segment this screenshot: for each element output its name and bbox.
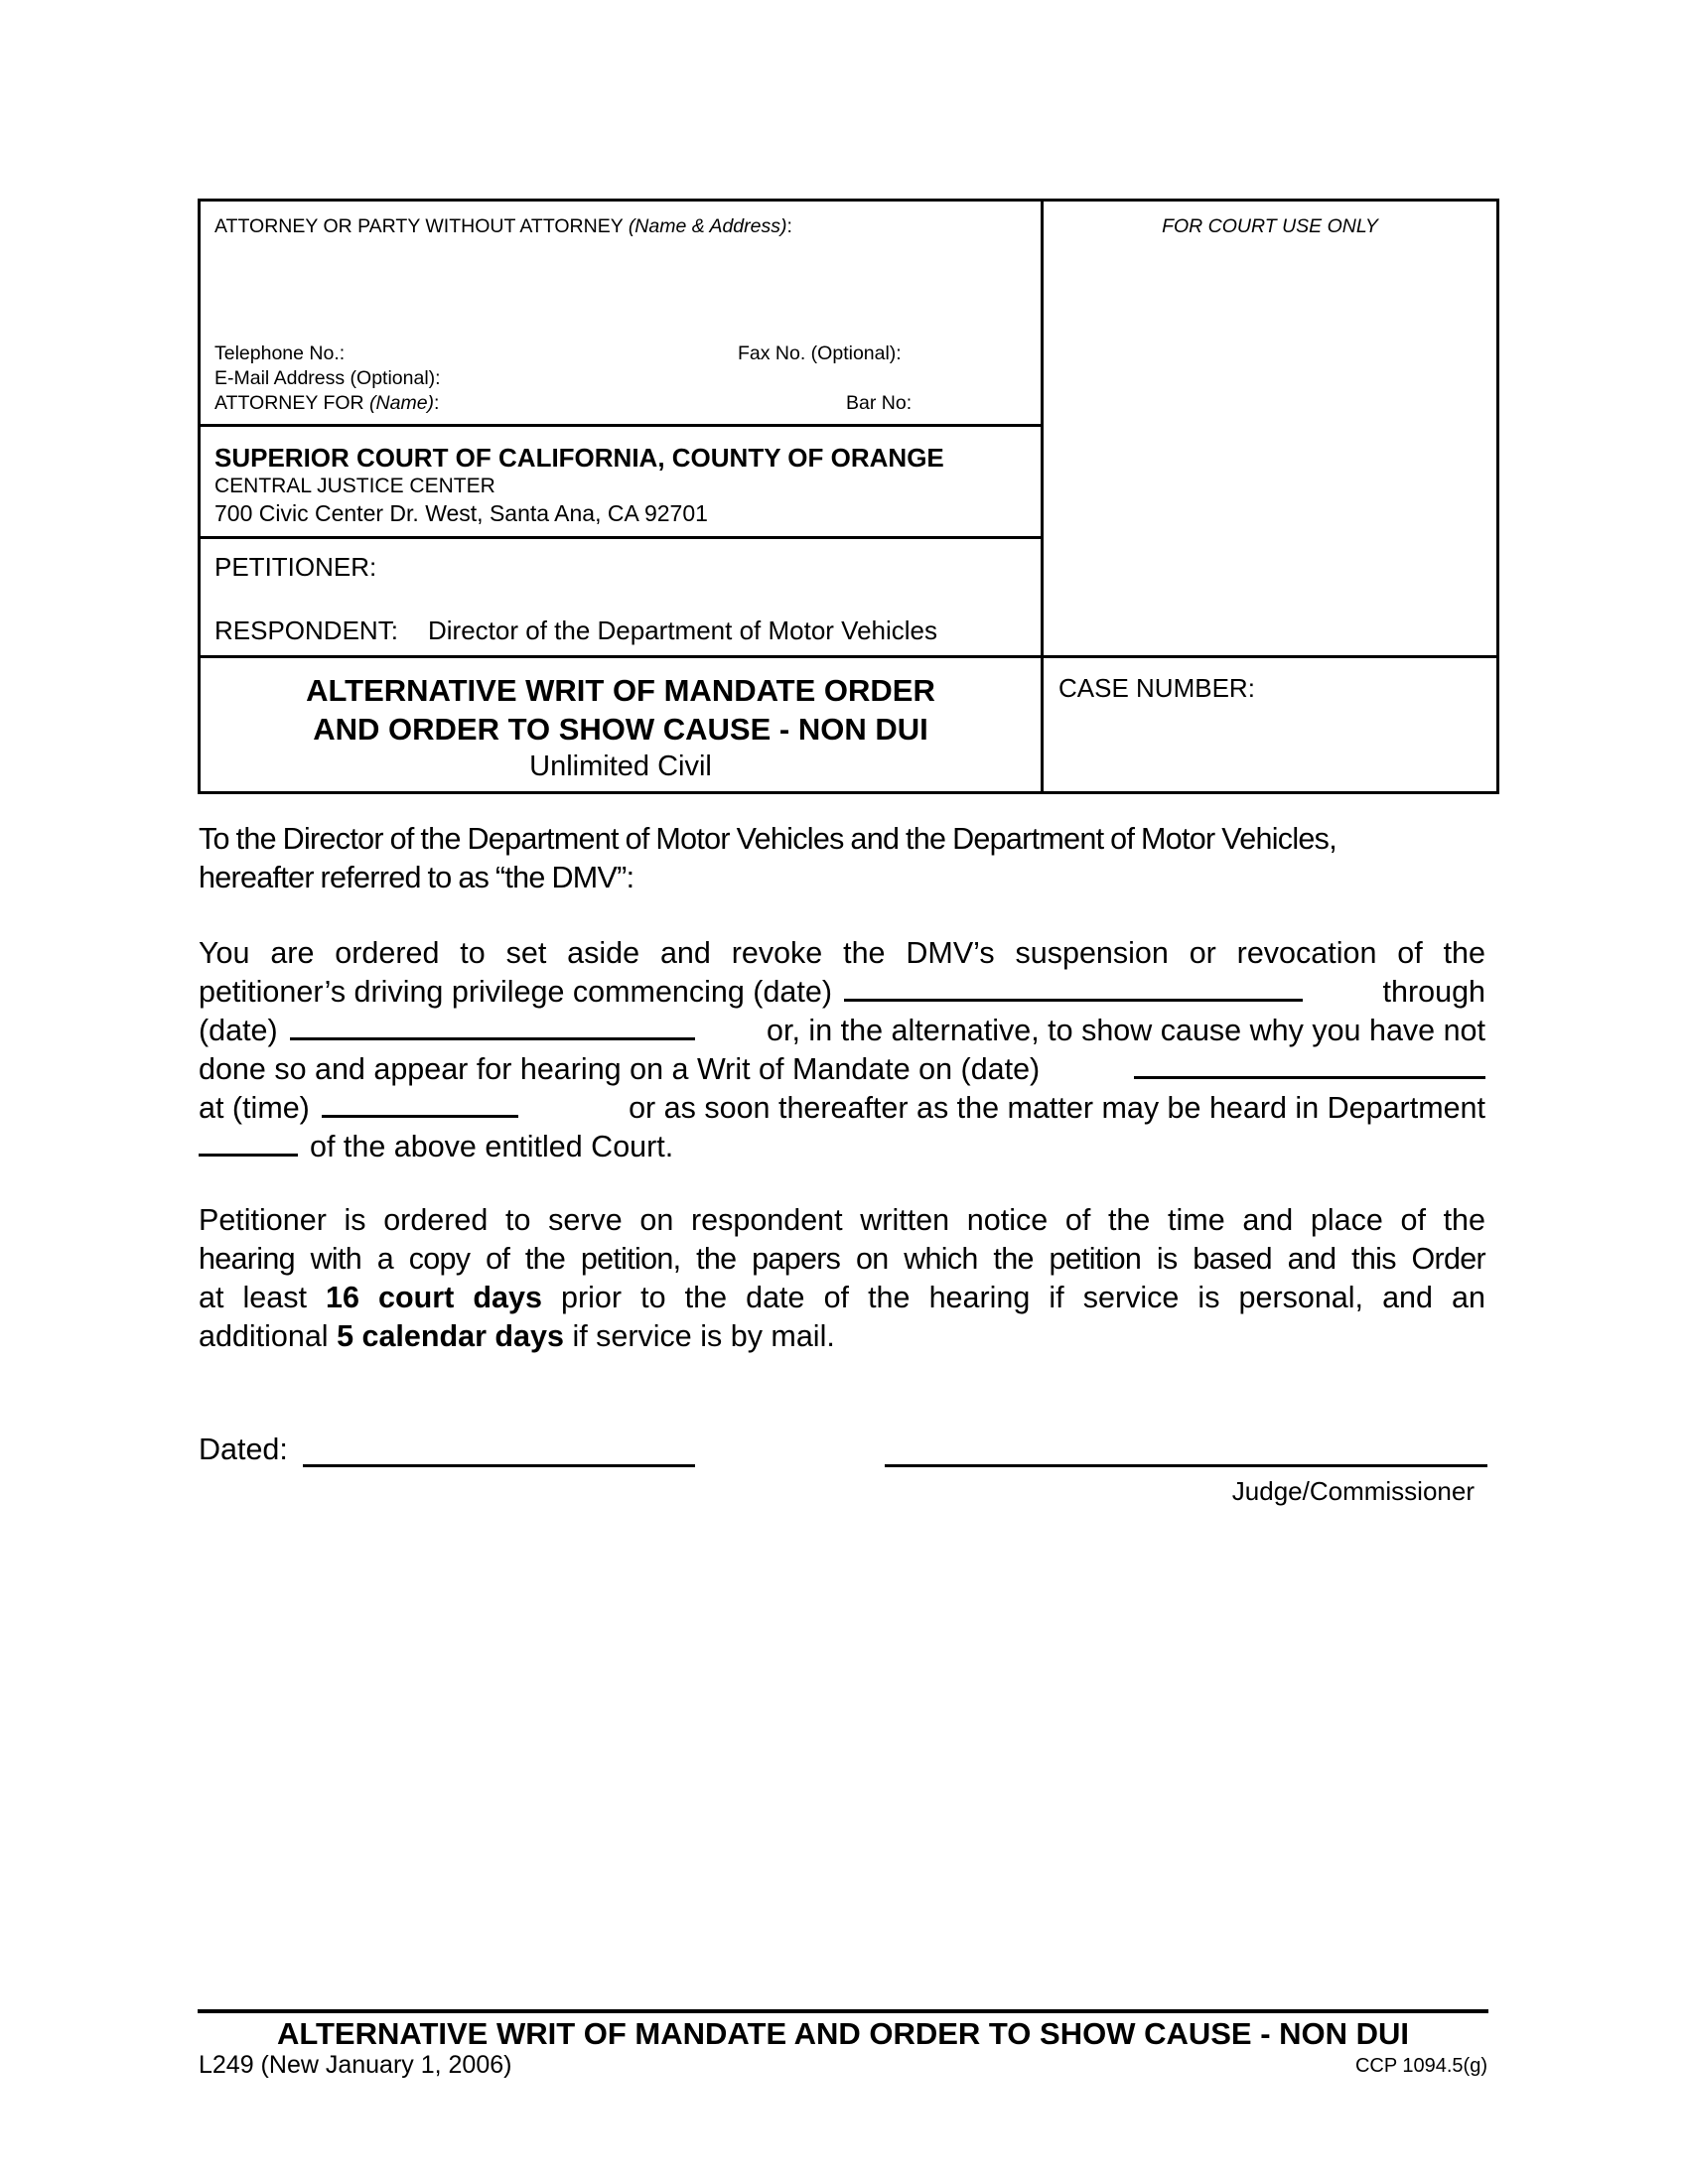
petitioner-field[interactable] <box>397 552 1033 582</box>
hearing-time-field[interactable] <box>322 1089 518 1118</box>
service-line4-post: if service is by mail. <box>572 1319 834 1353</box>
form-title: ALTERNATIVE WRIT OF MANDATE ORDER AND OR… <box>201 671 1041 784</box>
divider-attorney-court <box>198 424 1043 427</box>
commencing-date-field[interactable] <box>844 973 1303 1002</box>
order-line4-text: done so and appear for hearing on a Writ… <box>199 1050 1040 1089</box>
attorney-for-colon: : <box>434 392 439 414</box>
salutation-line1: To the Director of the Department of Mot… <box>199 820 1485 859</box>
dated-label: Dated: <box>199 1431 288 1469</box>
attorney-name-address-field[interactable] <box>214 244 1029 334</box>
form-title-line1: ALTERNATIVE WRIT OF MANDATE ORDER <box>201 671 1041 710</box>
order-line5-post: or as soon thereafter as the matter may … <box>629 1089 1485 1128</box>
caption-column-divider <box>1041 199 1044 794</box>
order-line1: You are ordered to set aside and revoke … <box>199 934 1485 973</box>
through-date-field[interactable] <box>290 1012 695 1040</box>
telephone-label: Telephone No.: <box>214 341 345 366</box>
dated-field[interactable] <box>303 1430 695 1463</box>
respondent-label: RESPONDENT: <box>214 615 398 645</box>
order-line4: done so and appear for hearing on a Writ… <box>199 1050 1485 1089</box>
attorney-for-text: ATTORNEY FOR <box>214 392 364 414</box>
order-line3-pre: (date) <box>199 1012 278 1050</box>
signature-line <box>885 1464 1487 1467</box>
judge-signature-field[interactable] <box>885 1420 1487 1463</box>
hearing-date-field[interactable] <box>1134 1050 1485 1079</box>
service-line4: additional 5 calendar days if service is… <box>199 1317 1485 1356</box>
court-address: 700 Civic Center Dr. West, Santa Ana, CA… <box>214 500 708 526</box>
attorney-label: ATTORNEY OR PARTY WITHOUT ATTORNEY (Name… <box>214 214 792 239</box>
order-line5-pre: at (time) <box>199 1089 310 1128</box>
court-name: SUPERIOR COURT OF CALIFORNIA, COUNTY OF … <box>214 443 944 473</box>
footer-title: ALTERNATIVE WRIT OF MANDATE AND ORDER TO… <box>198 2016 1488 2052</box>
salutation: To the Director of the Department of Mot… <box>199 820 1485 897</box>
case-number-field[interactable] <box>1058 715 1476 774</box>
fax-field[interactable] <box>928 341 1033 365</box>
dated-line <box>303 1464 695 1467</box>
attorney-for-paren: (Name) <box>369 392 434 414</box>
fax-label: Fax No. (Optional): <box>738 341 902 366</box>
petitioner-label: PETITIONER: <box>214 552 376 582</box>
form-id: L249 (New January 1, 2006) <box>199 2051 511 2080</box>
order-line3: (date) or, in the alternative, to show c… <box>199 1012 1485 1050</box>
statute-reference: CCP 1094.5(g) <box>1291 2055 1487 2078</box>
department-field[interactable] <box>199 1128 298 1157</box>
bar-number-field[interactable] <box>928 391 1033 415</box>
salutation-line2: hereafter referred to as “the DMV”: <box>199 859 1485 897</box>
divider-parties-title <box>198 655 1499 658</box>
attorney-label-colon: : <box>786 215 791 237</box>
order-line2: petitioner’s driving privilege commencin… <box>199 973 1485 1012</box>
service-line2: hearing with a copy of the petition, the… <box>199 1240 1485 1279</box>
email-label: E-Mail Address (Optional): <box>214 366 441 391</box>
service-line3: at least 16 court days prior to the date… <box>199 1279 1485 1317</box>
telephone-field[interactable] <box>377 341 725 365</box>
order-line6-post: of the above entitled Court. <box>310 1128 673 1166</box>
service-line3-pre: at least <box>199 1281 307 1314</box>
court-use-label: FOR COURT USE ONLY <box>1044 214 1496 239</box>
respondent-value: Director of the Department of Motor Vehi… <box>428 615 937 645</box>
order-line3-post: or, in the alternative, to show cause wh… <box>767 1012 1485 1050</box>
order-line1-text: You are ordered to set aside and revoke … <box>199 934 1485 973</box>
order-line2-text: petitioner’s driving privilege commencin… <box>199 973 832 1012</box>
divider-court-parties <box>198 536 1043 539</box>
service-paragraph: Petitioner is ordered to serve on respon… <box>199 1201 1485 1356</box>
form-title-line2: AND ORDER TO SHOW CAUSE - NON DUI <box>201 710 1041 749</box>
footer-rule <box>198 2009 1488 2013</box>
case-number-label: CASE NUMBER: <box>1058 673 1255 703</box>
attorney-for-field[interactable] <box>482 391 834 415</box>
order-through-text: through <box>1383 973 1485 1012</box>
attorney-label-paren: (Name & Address) <box>629 215 787 237</box>
email-field[interactable] <box>477 366 1023 390</box>
court-days-emphasis: 16 court days <box>326 1281 542 1314</box>
service-line4-pre: additional <box>199 1319 329 1353</box>
signature-label: Judge/Commissioner <box>1092 1476 1475 1507</box>
attorney-label-text: ATTORNEY OR PARTY WITHOUT ATTORNEY <box>214 215 623 237</box>
service-line3-post: prior to the date of the hearing if serv… <box>561 1281 1485 1314</box>
court-branch: CENTRAL JUSTICE CENTER <box>214 474 495 499</box>
order-line5: at (time) or as soon thereafter as the m… <box>199 1089 1485 1128</box>
order-paragraph: You are ordered to set aside and revoke … <box>199 934 1485 1166</box>
form-subtitle: Unlimited Civil <box>201 749 1041 784</box>
calendar-days-emphasis: 5 calendar days <box>337 1319 564 1353</box>
attorney-for-label: ATTORNEY FOR (Name): <box>214 391 439 416</box>
bar-number-label: Bar No: <box>846 391 912 416</box>
service-line1: Petitioner is ordered to serve on respon… <box>199 1201 1485 1240</box>
order-line6: of the above entitled Court. <box>199 1128 1485 1166</box>
